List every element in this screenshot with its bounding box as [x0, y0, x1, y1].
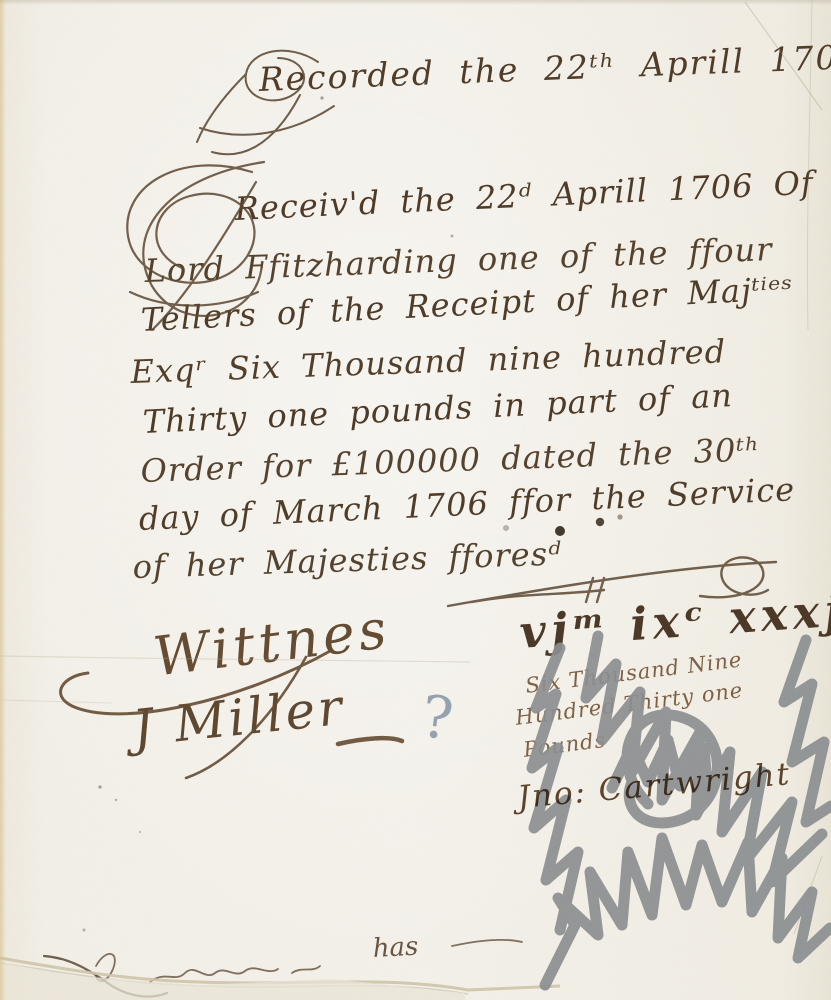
sum-words-line: Pounds — [522, 728, 608, 762]
sum-roman-numerals: vjᵐ ixᶜ xxxjˡⁱ — [518, 581, 831, 659]
ink-flourishes — [0, 0, 831, 1000]
manuscript-receipt-scan: Recorded the 22ᵗʰ Aprill 1706 Receiv'd t… — [0, 0, 831, 1000]
recorded-heading: Recorded the 22ᵗʰ Aprill 1706 — [258, 37, 831, 99]
countersignature: Jno: Cartwright — [516, 756, 792, 816]
body-line: Receiv'd the 22ᵈ Aprill 1706 Of My — [234, 160, 831, 228]
paper-creases — [0, 0, 831, 1000]
body-line: of her Majesties fforesᵈ — [132, 535, 562, 586]
body-line: Tellers of the Receipt of her Majᵗⁱᵉˢ — [140, 269, 794, 339]
torn-bottom-edge — [0, 0, 831, 1000]
grey-ink-stamp — [0, 0, 831, 1000]
witness-name-signature: J Miller — [130, 678, 348, 758]
body-line: Thirty one pounds in part of an — [142, 376, 734, 441]
body-line: Lord Ffitzharding one of the ffour — [144, 230, 773, 290]
body-line: Order for £100000 dated the 30ᵗʰ — [140, 430, 761, 490]
sum-words-line: Hundred Thirty one — [514, 678, 744, 730]
bottom-line-fragment: has — [372, 932, 419, 964]
paper-top-edge — [0, 0, 831, 5]
paper-grain-texture — [0, 0, 831, 1000]
pencil-question-mark: ? — [418, 682, 457, 753]
paper-left-edge — [0, 0, 6, 1000]
body-line: day of March 1706 ffor the Service — [138, 470, 796, 538]
sum-words-line: Six Thousand Nine — [524, 647, 744, 697]
witness-label-signature: Wittnes — [150, 597, 394, 688]
body-line: Exqʳ Six Thousand nine hundred — [130, 332, 727, 391]
